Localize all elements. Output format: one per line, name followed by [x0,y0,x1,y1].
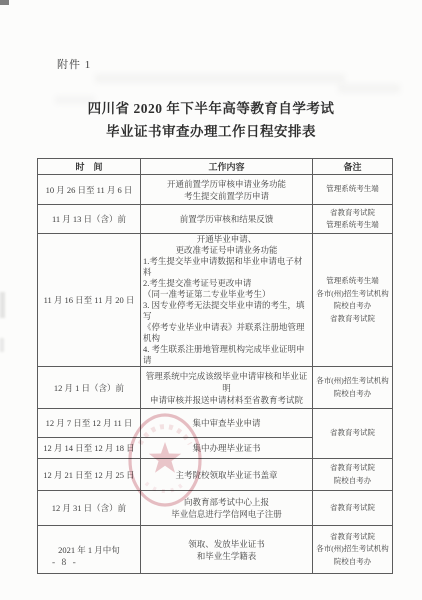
remarks-cell: 各市(州)招生考试机构 院校自考办 [313,367,393,409]
table-row: 12 月 7 日至 12 月 11 日 集中审查毕业申请 省教育考试院 [38,409,393,438]
remark-line: 各市(州)招生考试机构 [315,288,390,301]
scan-artifact [0,292,5,318]
table-row: 10 月 26 日至 11 月 6 日 开通前置学历审核申请业务功能 考生提交前… [38,175,393,205]
time-cell: 12 月 21 日至 12 月 25 日 [38,459,141,491]
content-cell: 集中审查毕业申请 [141,409,313,438]
time-cell: 12 月 31 日（含）前 [38,491,141,526]
remark-line: 省教育考试院 [315,427,390,440]
bleed-through [338,84,400,93]
time-cell: 11 月 16 日至 11 月 20 日 [38,234,141,367]
schedule-table: 时 间 工作内容 备注 10 月 26 日至 11 月 6 日 开通前置学历审核… [37,158,393,574]
content-line: 1.考生提交毕业申请数据和毕业申请电子材料 [143,256,310,278]
content-line: 主考院校领取毕业证书盖章 [143,469,310,481]
content-line: 毕业信息进行学信网电子注册 [143,508,310,520]
content-line: 领取、发放毕业证书 [143,538,310,550]
content-line: 3. 因专业停考无法提交毕业申请的考生，填写 [143,300,310,322]
table-row: 12 月 1 日（含）前 管理系统中完成该级毕业申请审核和毕业证明 申请审核并报… [38,367,393,409]
header-content: 工作内容 [141,159,313,175]
remark-line: 省教育考试院 [315,313,390,326]
time-cell: 12 月 1 日（含）前 [38,367,141,409]
document-title-line1: 四川省 2020 年下半年高等教育自学考试 [0,97,422,117]
content-line: （同一准考证第二专业毕业考生） [143,289,310,300]
content-line: 和毕业生学籍表 [143,550,310,562]
remarks-cell: 省教育考试院 各市(州)招生考试机构 院校自考办 [313,526,393,574]
bleed-through [95,74,345,83]
content-line: 集中审查毕业申请 [143,417,310,429]
content-cell: 开通前置学历审核申请业务功能 考生提交前置学历申请 [141,175,313,205]
remark-line: 院校自考办 [315,300,390,313]
content-line: 集中办理毕业证书 [143,442,310,454]
content-line: 考生提交前置学历申请 [143,190,310,202]
remark-line: 省教育考试院 [315,502,390,515]
remark-line: 管理系统考生端 [315,183,390,196]
content-line: 前置学历审核和结果反馈 [143,213,310,225]
remark-line: 院校自考办 [315,388,390,401]
remark-line: 各市(州)招生考试机构 [315,375,390,388]
remarks-cell-merged: 省教育考试院 [313,409,393,459]
content-line: 更改准考证号申请业务功能 [143,245,310,256]
remark-line: 院校自考办 [315,475,390,488]
table-row: 11 月 13 日（含）前 前置学历审核和结果反馈 省教育考试院 管理系统考生端 [38,205,393,234]
remark-line: 管理系统考生端 [315,219,390,232]
content-cell: 开通毕业申请、 更改准考证号申请业务功能 1.考生提交毕业申请数据和毕业申请电子… [141,234,313,367]
remarks-cell: 省教育考试院 [313,491,393,526]
header-time: 时 间 [38,159,141,175]
remarks-cell: 管理系统考生端 各市(州)招生考试机构 院校自考办 省教育考试院 [313,234,393,367]
remark-line: 各市(州)招生考试机构 [315,543,390,556]
scan-artifact [0,0,9,5]
remark-line: 省教育考试院 [315,207,390,220]
content-cell: 集中办理毕业证书 [141,438,313,459]
remark-line: 省教育考试院 [315,531,390,544]
content-cell: 领取、发放毕业证书 和毕业生学籍表 [141,526,313,574]
document-title-line2: 毕业证书审查办理工作日程安排表 [0,120,422,140]
content-line: 4. 考生联系注册地管理机构完成毕业证明申请 [143,344,310,366]
content-line: 开通毕业申请、 [143,234,310,245]
time-cell: 12 月 14 日至 12 月 18 日 [38,438,141,459]
time-cell: 11 月 13 日（含）前 [38,205,141,234]
table-row: 2021 年 1 月中旬 领取、发放毕业证书 和毕业生学籍表 省教育考试院 各市… [38,526,393,574]
header-remarks: 备注 [313,159,393,175]
content-line: 申请审核并报送申请材料至省教育考试院 [143,394,310,406]
content-cell: 前置学历审核和结果反馈 [141,205,313,234]
remark-line: 管理系统考生端 [315,275,390,288]
remarks-cell: 管理系统考生端 [313,175,393,205]
remarks-cell: 省教育考试院 院校自考办 [313,459,393,491]
document-page: 附件 1 四川省 2020 年下半年高等教育自学考试 毕业证书审查办理工作日程安… [0,0,422,600]
attachment-label: 附件 1 [57,56,91,72]
content-line: 管理系统中完成该级毕业申请审核和毕业证明 [143,370,310,394]
table-row: 12 月 31 日（含）前 向教育部考试中心上报 毕业信息进行学信网电子注册 省… [38,491,393,526]
remark-line: 院校自考办 [315,556,390,569]
content-line: 开通前置学历审核申请业务功能 [143,178,310,190]
time-cell: 10 月 26 日至 11 月 6 日 [38,175,141,205]
remarks-cell: 省教育考试院 管理系统考生端 [313,205,393,234]
time-cell: 12 月 7 日至 12 月 11 日 [38,409,141,438]
scan-artifact [0,338,4,352]
content-line: 向教育部考试中心上报 [143,496,310,508]
table-row: 12 月 21 日至 12 月 25 日 主考院校领取毕业证书盖章 省教育考试院… [38,459,393,491]
content-cell: 主考院校领取毕业证书盖章 [141,459,313,491]
table-header-row: 时 间 工作内容 备注 [38,159,393,175]
remark-line: 省教育考试院 [315,462,390,475]
content-line: 《停考专业毕业申请表》并联系注册地管理机构 [143,322,310,344]
content-line: 2.考生提交准考证号更改申请 [143,278,310,289]
content-cell: 管理系统中完成该级毕业申请审核和毕业证明 申请审核并报送申请材料至省教育考试院 [141,367,313,409]
content-cell: 向教育部考试中心上报 毕业信息进行学信网电子注册 [141,491,313,526]
table-row: 11 月 16 日至 11 月 20 日 开通毕业申请、 更改准考证号申请业务功… [38,234,393,367]
page-number: - 8 - [52,558,78,568]
